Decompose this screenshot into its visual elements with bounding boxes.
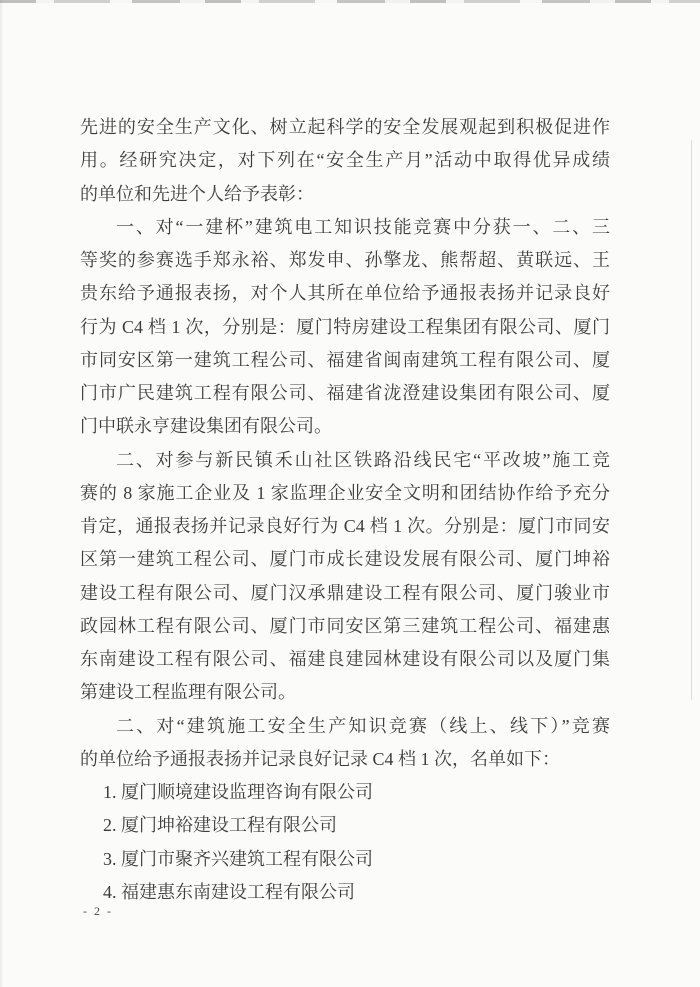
doc-line: 二、对参与新民镇禾山社区铁路沿线民宅“平改坡”施工竞 [80,444,610,477]
doc-line: 门市广民建筑工程有限公司、福建省泷澄建设集团有限公司、厦 [80,377,610,410]
doc-line: 行为 C4 档 1 次，分别是：厦门特房建设工程集团有限公司、厦门 [80,311,610,344]
doc-line: 门中联永亨建设集团有限公司。 [80,410,610,443]
doc-line: 等奖的参赛选手郑永裕、郑发申、孙擎龙、熊帮超、黄联远、王 [80,244,610,277]
doc-line: 1. 厦门顺境建设监理咨询有限公司 [80,776,610,809]
doc-line: 二、对“建筑施工安全生产知识竞赛（线上、线下）”竞赛 [80,710,610,743]
scan-artifact-top-edge [0,0,700,3]
scan-artifact-left-edge [0,0,3,987]
doc-line: 的单位给予通报表扬并记录良好记录 C4 档 1 次，名单如下： [80,743,610,776]
doc-line: 用。经研究决定，对下列在“安全生产月”活动中取得优异成绩 [80,144,610,177]
document-body: 先进的安全生产文化、树立起科学的安全发展观起到积极促进作用。经研究决定，对下列在… [80,111,610,909]
doc-line: 赛的 8 家施工企业及 1 家监理企业安全文明和团结协作给予充分 [80,477,610,510]
document-page: 先进的安全生产文化、树立起科学的安全发展观起到积极促进作用。经研究决定，对下列在… [0,0,700,987]
doc-line: 东南建设工程有限公司、福建良建园林建设有限公司以及厦门集 [80,643,610,676]
doc-line: 肯定，通报表扬并记录良好行为 C4 档 1 次。分别是：厦门市同安 [80,510,610,543]
doc-line: 一、对“一建杯”建筑电工知识技能竞赛中分获一、二、三 [80,211,610,244]
page-number: - 2 - [83,904,113,919]
doc-line: 贵东给予通报表扬，对个人其所在单位给予通报表扬并记录良好 [80,277,610,310]
doc-line: 4. 福建惠东南建设工程有限公司 [80,876,610,909]
doc-line: 第建设工程监理有限公司。 [80,676,610,709]
doc-line: 区第一建筑工程公司、厦门市成长建设发展有限公司、厦门坤裕 [80,543,610,576]
doc-line: 3. 厦门市聚齐兴建筑工程有限公司 [80,843,610,876]
doc-line: 市同安区第一建筑工程公司、福建省闽南建筑工程有限公司、厦 [80,344,610,377]
scan-artifact-right-line [691,140,692,700]
doc-line: 的单位和先进个人给予表彰： [80,178,610,211]
doc-line: 先进的安全生产文化、树立起科学的安全发展观起到积极促进作 [80,111,610,144]
doc-line: 建设工程有限公司、厦门汉承鼎建设工程有限公司、厦门骏业市 [80,577,610,610]
doc-line: 2. 厦门坤裕建设工程有限公司 [80,809,610,842]
doc-line: 政园林工程有限公司、厦门市同安区第三建筑工程公司、福建惠 [80,610,610,643]
